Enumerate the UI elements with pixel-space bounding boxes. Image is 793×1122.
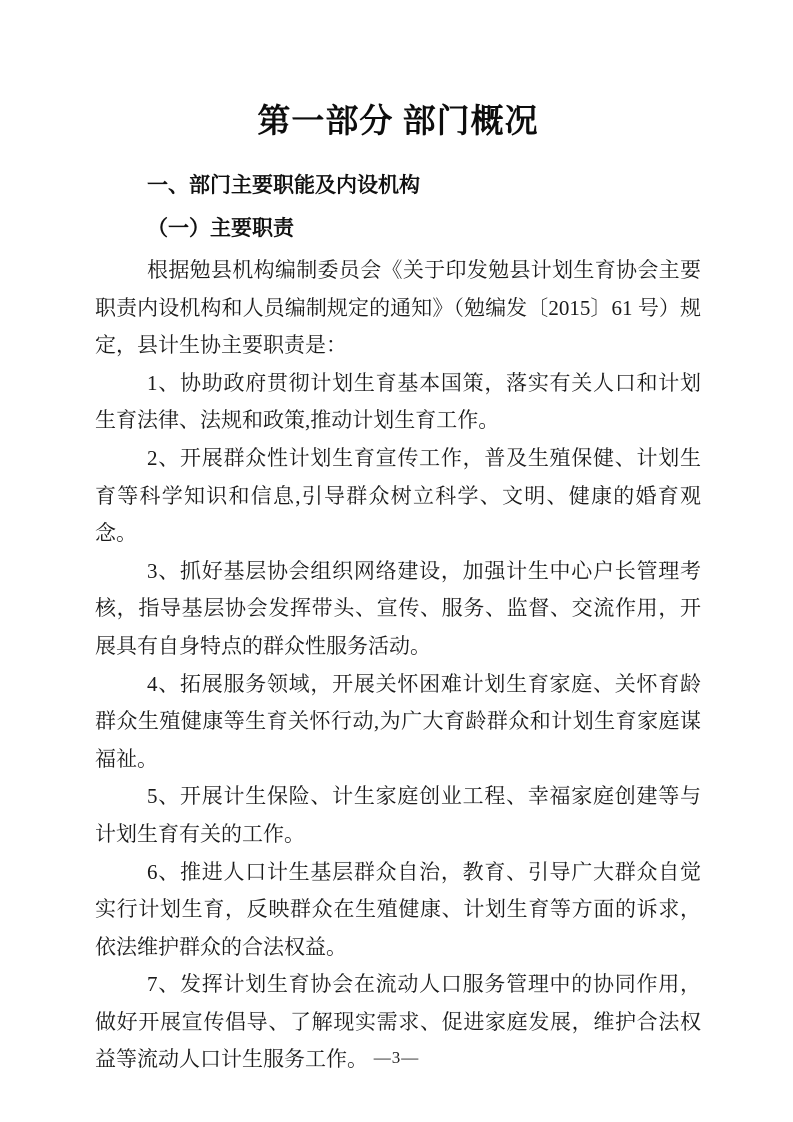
page-title: 第一部分 部门概况: [95, 100, 701, 144]
section-heading: 一、部门主要职能及内设机构: [95, 172, 701, 200]
paragraph-intro: 根据勉县机构编制委员会《关于印发勉县计划生育协会主要职责内设机构和人员编制规定的…: [95, 252, 701, 365]
page-number: —3—: [0, 1048, 793, 1068]
paragraph-item-3: 3、抓好基层协会组织网络建设，加强计生中心户长管理考核，指导基层协会发挥带头、宣…: [95, 553, 701, 666]
paragraph-item-6: 6、推进人口计生基层群众自治，教育、引导广大群众自觉实行计划生育，反映群众在生殖…: [95, 854, 701, 967]
paragraph-item-2: 2、开展群众性计划生育宣传工作，普及生殖保健、计划生育等科学知识和信息,引导群众…: [95, 440, 701, 553]
paragraph-item-4: 4、拓展服务领域，开展关怀困难计划生育家庭、关怀育龄群众生殖健康等生育关怀行动,…: [95, 666, 701, 779]
paragraph-item-1: 1、协助政府贯彻计划生育基本国策，落实有关人口和计划生育法律、法规和政策,推动计…: [95, 365, 701, 440]
document-content: 第一部分 部门概况 一、部门主要职能及内设机构 （一）主要职责 根据勉县机构编制…: [0, 0, 793, 1079]
sub-heading: （一）主要职责: [95, 214, 701, 242]
document-page: 第一部分 部门概况 一、部门主要职能及内设机构 （一）主要职责 根据勉县机构编制…: [0, 0, 793, 1122]
paragraph-item-5: 5、开展计生保险、计生家庭创业工程、幸福家庭创建等与计划生育有关的工作。: [95, 778, 701, 853]
